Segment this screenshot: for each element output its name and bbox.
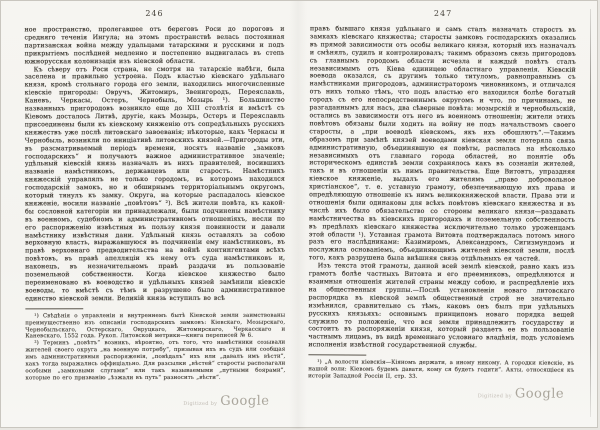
paragraph: Къ сѣверу отъ Роси страна, не смотря на … [25, 65, 286, 303]
watermark-prefix-label: Digitized by [478, 393, 512, 399]
page-247: 247 правъ бывшаго князя удѣльнаго и самъ… [308, 6, 576, 425]
page-246-footnotes: ¹) Свѣдѣнія о управленіи и внутреннемъ б… [25, 312, 285, 382]
paragraph: ное пространство, пролегавшее отъ берего… [25, 26, 285, 66]
page-246-body: ное пространство, пролегавшее отъ берего… [25, 26, 286, 303]
google-logo: Google [220, 394, 269, 409]
page-number-right: 247 [310, 8, 576, 18]
book-scan: 246 ное пространство, пролегавшее отъ бе… [0, 0, 598, 428]
paragraph: Изъ текста этой грамоты, данной всей зем… [308, 262, 574, 350]
page-247-footnotes: ¹) „А волости кіевскія—Кіяномъ держати, … [308, 359, 574, 381]
page-247-body: правъ бывшаго князя удѣльнаго и самъ ста… [308, 25, 576, 351]
google-watermark: Digitized byGoogle [478, 382, 564, 401]
google-watermark: Digitized byGoogle [183, 390, 269, 409]
page-number-left: 246 [24, 9, 284, 19]
footnote: ¹) „А волости кіевскія—Кіяномъ держати, … [308, 359, 574, 381]
google-logo: Google [515, 386, 564, 401]
footnote: ²) Терминъ „повѣтъ“ возникъ, вѣроятно, о… [25, 340, 285, 382]
footnote-divider [25, 308, 83, 309]
page-gutter-shadow [289, 1, 307, 429]
page-edge-line [590, 9, 591, 417]
footnote-divider [308, 354, 366, 355]
page-246: 246 ное пространство, пролегавшее отъ бе… [24, 7, 285, 426]
paragraph: правъ бывшаго князя удѣльнаго и самъ ста… [309, 25, 576, 264]
watermark-prefix-label: Digitized by [183, 401, 217, 407]
footnote: ¹) Свѣдѣнія о управленіи и внутреннемъ б… [25, 312, 285, 340]
